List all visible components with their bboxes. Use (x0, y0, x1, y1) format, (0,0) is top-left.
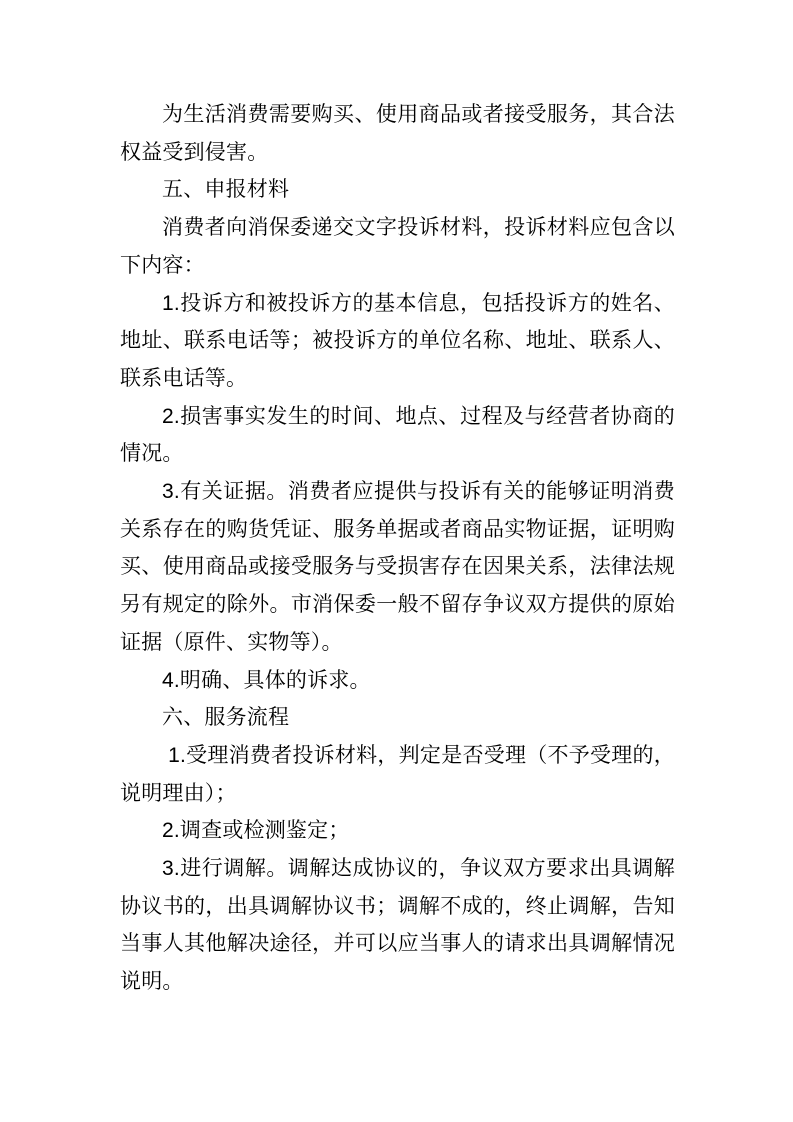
document-page: 为生活消费需要购买、使用商品或者接受服务，其合法权益受到侵害。五、申报材料消费者… (0, 0, 793, 1122)
section-heading: 五、申报材料 (120, 171, 675, 209)
document-body: 为生活消费需要购买、使用商品或者接受服务，其合法权益受到侵害。五、申报材料消费者… (120, 96, 675, 1001)
section-heading: 六、服务流程 (120, 699, 675, 737)
paragraph: 2.损害事实发生的时间、地点、过程及与经营者协商的情况。 (120, 398, 675, 473)
paragraph: 为生活消费需要购买、使用商品或者接受服务，其合法权益受到侵害。 (120, 96, 675, 171)
paragraph: 1.受理消费者投诉材料，判定是否受理（不予受理的，说明理由）； (120, 737, 675, 812)
paragraph: 4.明确、具体的诉求。 (120, 662, 675, 700)
paragraph: 3.进行调解。调解达成协议的，争议双方要求出具调解协议书的，出具调解协议书；调解… (120, 850, 675, 1001)
paragraph: 2.调查或检测鉴定； (120, 812, 675, 850)
paragraph: 3.有关证据。消费者应提供与投诉有关的能够证明消费关系存在的购货凭证、服务单据或… (120, 473, 675, 662)
paragraph: 消费者向消保委递交文字投诉材料，投诉材料应包含以下内容： (120, 209, 675, 284)
paragraph: 1.投诉方和被投诉方的基本信息，包括投诉方的姓名、地址、联系电话等；被投诉方的单… (120, 285, 675, 398)
